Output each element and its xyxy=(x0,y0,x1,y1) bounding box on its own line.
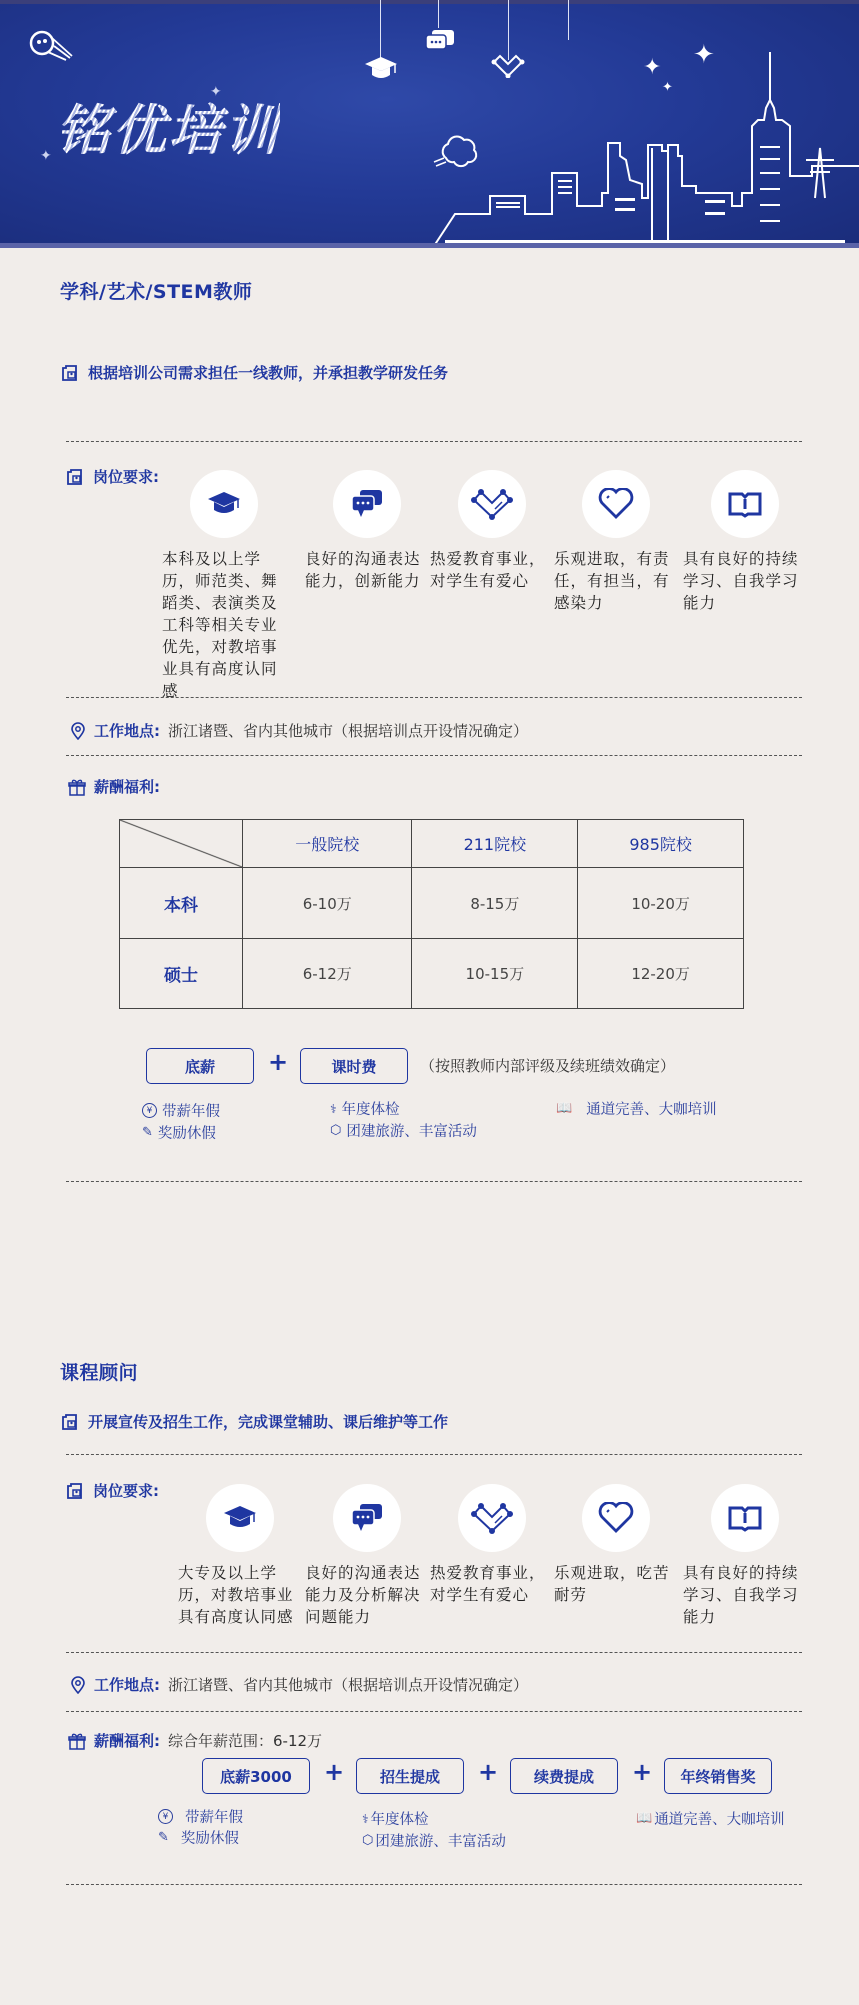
formula-pill-base-salary: 底薪 xyxy=(146,1048,254,1084)
graduation-cap-icon xyxy=(207,490,241,518)
table-cell: 6-12万 xyxy=(243,939,412,1009)
perk-item: 📖通道完善、大咖培训 xyxy=(636,1808,785,1829)
hanging-string xyxy=(438,0,439,28)
requirement-text: 热爱教育事业，对学生有爱心 xyxy=(430,1562,554,1606)
requirement-item: 本科及以上学历，师范类、舞蹈类、表演类及工科等相关专业优先，对教培事业具有高度认… xyxy=(162,470,286,702)
flag-badge-icon: ⬡ xyxy=(362,1833,373,1848)
table-cell: 8-15万 xyxy=(412,868,578,939)
column-header: 一般院校 xyxy=(243,820,412,868)
icon-circle xyxy=(190,470,258,538)
party-popper-icon: ✎ xyxy=(158,1830,169,1845)
perk-text: 奖励休假 xyxy=(158,1122,216,1143)
banner-bottom-bar xyxy=(0,243,859,248)
job-duty-text: 开展宣传及招生工作，完成课堂辅助、课后维护等工作 xyxy=(88,1411,448,1432)
job-duty: 根据培训公司需求担任一线教师，并承担教学研发任务 xyxy=(60,362,448,383)
requirement-item: 具有良好的持续学习、自我学习能力 xyxy=(683,470,807,614)
row-header: 本科 xyxy=(120,868,243,939)
open-book-icon: 📖 xyxy=(556,1101,572,1116)
table-row: 本科 6-10万 8-15万 10-20万 xyxy=(120,868,744,939)
perk-text: 通道完善、大咖培训 xyxy=(654,1808,785,1829)
hanging-string xyxy=(568,0,569,40)
requirement-text: 乐观进取，吃苦耐劳 xyxy=(554,1562,678,1606)
perk-item: ⬡团建旅游、丰富活动 xyxy=(330,1120,477,1141)
icon-circle xyxy=(333,1484,401,1552)
table-cell: 12-20万 xyxy=(578,939,744,1009)
location-pin-icon xyxy=(70,722,86,740)
salary-label: 薪酬福利: xyxy=(94,1730,160,1751)
location-pin-icon xyxy=(70,1676,86,1694)
row-header: 硕士 xyxy=(120,939,243,1009)
location-value: 浙江诸暨、省内其他城市（根据培训点开设情况确定） xyxy=(168,1674,528,1695)
perk-item: ¥带薪年假 xyxy=(158,1806,243,1827)
yuan-icon: ¥ xyxy=(158,1809,173,1824)
perk-text: 团建旅游、丰富活动 xyxy=(346,1120,477,1141)
sparkle-icon: ✦ xyxy=(40,148,52,164)
requirement-text: 良好的沟通表达能力及分析解决问题能力 xyxy=(305,1562,429,1628)
graduation-cap-icon xyxy=(223,1504,257,1532)
stethoscope-icon: ⚕ xyxy=(330,1102,337,1116)
formula-pill-renewal-commission: 续费提成 xyxy=(510,1758,618,1794)
location-label: 工作地点: xyxy=(94,1674,160,1695)
perk-item: ⬡团建旅游、丰富活动 xyxy=(362,1830,506,1851)
job-duty-text: 根据培训公司需求担任一线教师，并承担教学研发任务 xyxy=(88,362,448,383)
salary-heading: 薪酬福利: 综合年薪范围：6-12万 xyxy=(68,1730,322,1751)
requirement-text: 具有良好的持续学习、自我学习能力 xyxy=(683,1562,807,1628)
requirement-item: 良好的沟通表达能力，创新能力 xyxy=(305,470,429,592)
plus-sign: + xyxy=(632,1758,652,1786)
icon-circle xyxy=(582,1484,650,1552)
graduation-cap-icon xyxy=(364,55,398,83)
divider xyxy=(66,1884,802,1885)
requirement-text: 良好的沟通表达能力，创新能力 xyxy=(305,548,429,592)
icon-circle xyxy=(458,470,526,538)
requirements-heading: 岗位要求: xyxy=(66,1480,159,1501)
requirement-item: 良好的沟通表达能力及分析解决问题能力 xyxy=(305,1484,429,1628)
icon-circle xyxy=(333,470,401,538)
table-cell: 6-10万 xyxy=(243,868,412,939)
icon-circle xyxy=(458,1484,526,1552)
requirement-text: 本科及以上学历，师范类、舞蹈类、表演类及工科等相关专业优先，对教培事业具有高度认… xyxy=(162,548,286,702)
perk-item: ✎奖励休假 xyxy=(142,1122,216,1143)
heart-icon xyxy=(598,488,634,520)
open-book-icon: 📖 xyxy=(636,1811,652,1826)
city-skyline xyxy=(430,48,859,248)
requirement-text: 大专及以上学历，对教培事业具有高度认同感 xyxy=(178,1562,302,1628)
perk-text: 年度体检 xyxy=(342,1098,400,1119)
divider xyxy=(66,755,802,756)
divider xyxy=(66,1652,802,1653)
perk-item: 📖通道完善、大咖培训 xyxy=(556,1098,717,1119)
column-header: 985院校 xyxy=(578,820,744,868)
formula-pill-enrollment-commission: 招生提成 xyxy=(356,1758,464,1794)
location-label: 工作地点: xyxy=(94,720,160,741)
party-popper-icon: ✎ xyxy=(142,1125,153,1140)
perk-text: 年度体检 xyxy=(371,1808,429,1829)
profile-card-icon xyxy=(60,364,78,382)
profile-card-icon xyxy=(66,468,83,486)
heart-icon xyxy=(598,1502,634,1534)
formula-pill-year-end-bonus: 年终销售奖 xyxy=(664,1758,772,1794)
divider xyxy=(66,1711,802,1712)
salary-table: 一般院校 211院校 985院校 本科 6-10万 8-15万 10-20万 硕… xyxy=(119,819,744,1009)
location-row: 工作地点: 浙江诸暨、省内其他城市（根据培训点开设情况确定） xyxy=(70,720,528,741)
icon-circle xyxy=(711,470,779,538)
perk-text: 奖励休假 xyxy=(181,1827,239,1848)
gift-icon xyxy=(68,1732,86,1750)
divider xyxy=(66,697,802,698)
comet-icon xyxy=(28,28,74,62)
salary-heading: 薪酬福利: xyxy=(68,776,160,797)
table-row: 硕士 6-12万 10-15万 12-20万 xyxy=(120,939,744,1009)
sparkle-icon: ✦ xyxy=(210,84,222,100)
chat-bubbles-icon xyxy=(351,489,383,519)
brand-title: 铭优培训 xyxy=(56,88,280,165)
profile-card-icon xyxy=(60,1413,78,1431)
job-duty: 开展宣传及招生工作，完成课堂辅助、课后维护等工作 xyxy=(60,1411,448,1432)
requirement-item: 热爱教育事业，对学生有爱心 xyxy=(430,470,554,592)
perk-item: ⚕年度体检 xyxy=(362,1808,429,1829)
plus-sign: + xyxy=(324,1758,344,1786)
requirements-label: 岗位要求: xyxy=(93,1480,159,1501)
requirement-item: 乐观进取，吃苦耐劳 xyxy=(554,1484,678,1606)
perk-item: ✎奖励休假 xyxy=(158,1827,239,1848)
location-value: 浙江诸暨、省内其他城市（根据培训点开设情况确定） xyxy=(168,720,528,741)
requirements-label: 岗位要求: xyxy=(93,466,159,487)
gift-icon xyxy=(68,778,86,796)
requirement-item: 热爱教育事业，对学生有爱心 xyxy=(430,1484,554,1606)
location-row: 工作地点: 浙江诸暨、省内其他城市（根据培训点开设情况确定） xyxy=(70,1674,528,1695)
perk-item: ¥带薪年假 xyxy=(142,1100,220,1121)
perk-item: ⚕年度体检 xyxy=(330,1098,400,1119)
requirement-text: 热爱教育事业，对学生有爱心 xyxy=(430,548,554,592)
icon-circle xyxy=(206,1484,274,1552)
requirement-item: 具有良好的持续学习、自我学习能力 xyxy=(683,1484,807,1628)
book-icon xyxy=(728,1504,762,1532)
table-cell: 10-15万 xyxy=(412,939,578,1009)
requirements-heading: 岗位要求: xyxy=(66,466,159,487)
divider xyxy=(66,1454,802,1455)
plus-sign: + xyxy=(268,1048,288,1076)
stethoscope-icon: ⚕ xyxy=(362,1812,369,1826)
perk-text: 带薪年假 xyxy=(185,1806,243,1827)
header-banner: 铭优培训 ✦ ✦ ✦ ✦ ✦ xyxy=(0,0,859,248)
yuan-icon: ¥ xyxy=(142,1103,157,1118)
requirement-item: 大专及以上学历，对教培事业具有高度认同感 xyxy=(178,1484,302,1628)
corner-cell xyxy=(120,820,243,868)
hanging-string xyxy=(380,0,381,58)
divider xyxy=(66,1181,802,1182)
formula-pill-base-salary: 底薪3000 xyxy=(202,1758,310,1794)
requirement-text: 具有良好的持续学习、自我学习能力 xyxy=(683,548,807,614)
icon-circle xyxy=(582,470,650,538)
perk-text: 团建旅游、丰富活动 xyxy=(375,1830,506,1851)
job-title: 学科/艺术/STEM教师 xyxy=(60,277,252,304)
formula-note: （按照教师内部评级及续班绩效确定） xyxy=(420,1055,675,1076)
table-header-row: 一般院校 211院校 985院校 xyxy=(120,820,744,868)
requirement-item: 乐观进取，有责任，有担当，有感染力 xyxy=(554,470,678,614)
job-title: 课程顾问 xyxy=(60,1358,138,1385)
salary-label: 薪酬福利: xyxy=(94,776,160,797)
flag-badge-icon: ⬡ xyxy=(330,1123,341,1138)
column-header: 211院校 xyxy=(412,820,578,868)
icon-circle xyxy=(711,1484,779,1552)
profile-card-icon xyxy=(66,1482,83,1500)
chat-bubbles-icon xyxy=(351,1503,383,1533)
table-cell: 10-20万 xyxy=(578,868,744,939)
network-heart-icon xyxy=(469,487,515,521)
perk-text: 带薪年假 xyxy=(162,1100,220,1121)
perk-text: 通道完善、大咖培训 xyxy=(586,1098,717,1119)
plus-sign: + xyxy=(478,1758,498,1786)
banner-top-bar xyxy=(0,0,859,4)
network-heart-icon xyxy=(469,1501,515,1535)
divider xyxy=(66,441,802,442)
book-icon xyxy=(728,490,762,518)
formula-pill-lesson-fee: 课时费 xyxy=(300,1048,408,1084)
requirement-text: 乐观进取，有责任，有担当，有感染力 xyxy=(554,548,678,614)
salary-range: 综合年薪范围：6-12万 xyxy=(168,1730,322,1751)
